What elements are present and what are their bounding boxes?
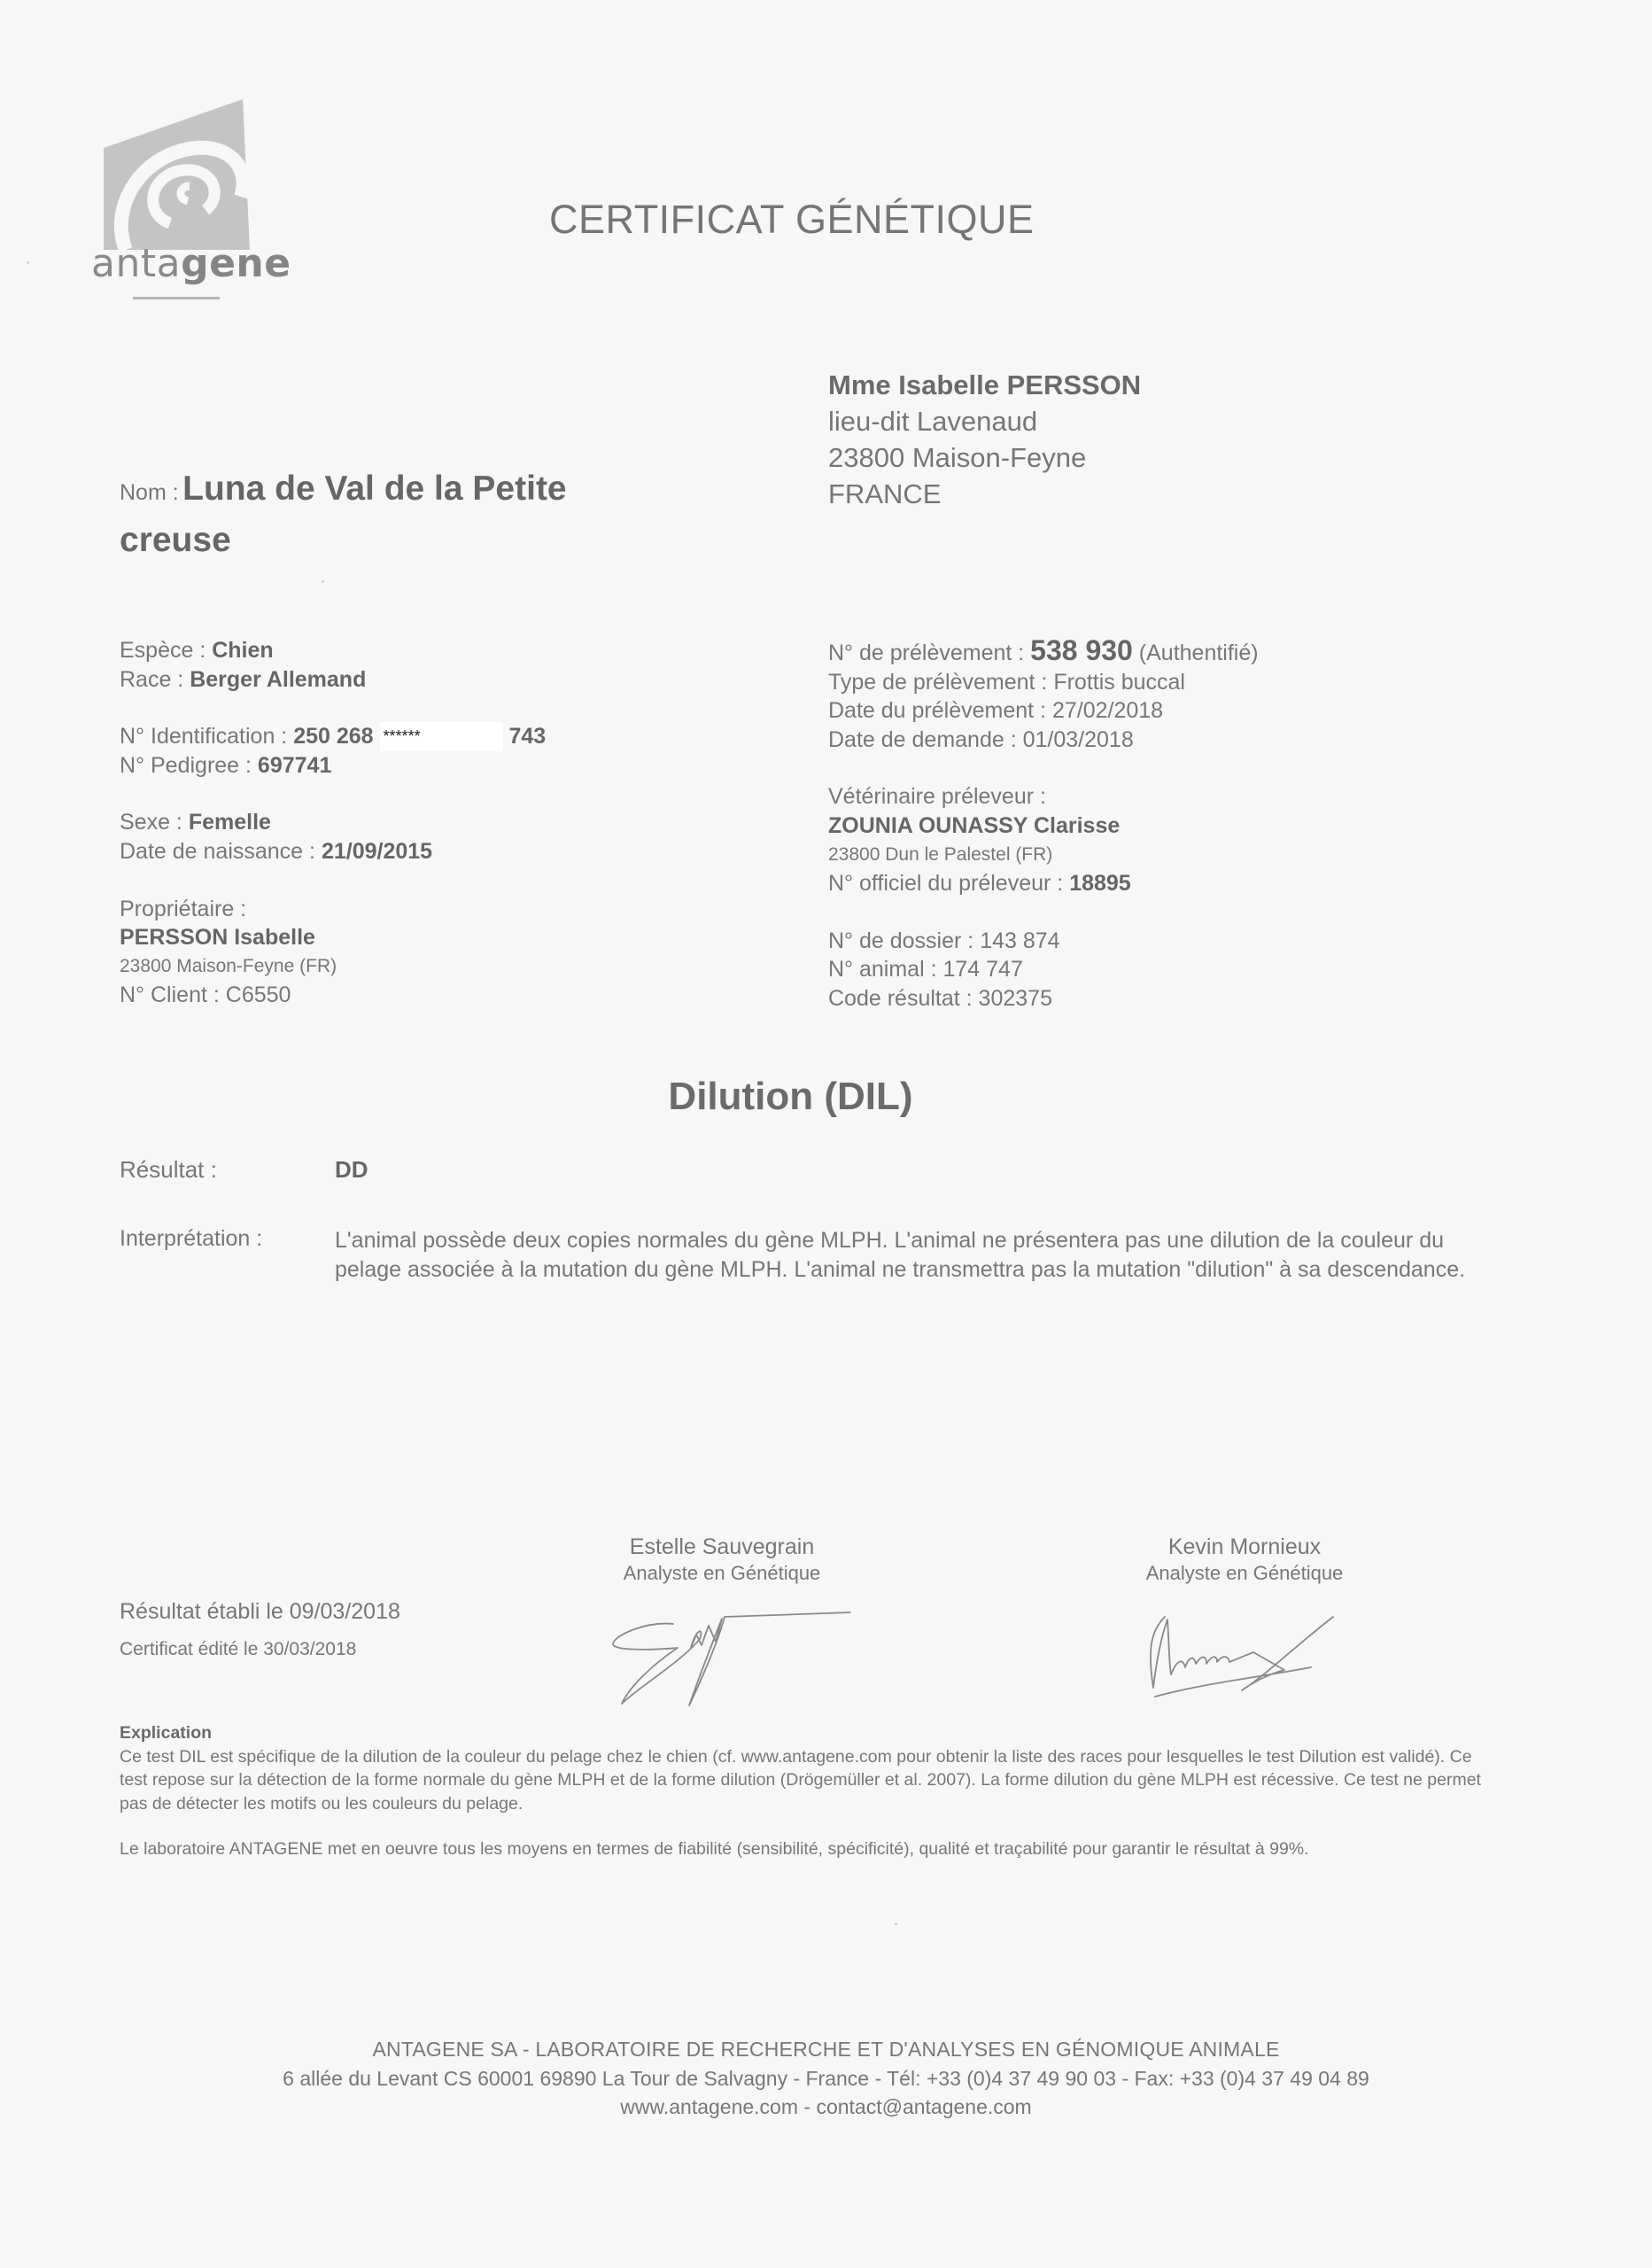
interpretation-label: Interprétation : — [120, 1226, 262, 1252]
sex-row: Sexe : Femelle — [120, 808, 740, 837]
sample-date-row: Date du prélèvement : 27/02/2018 — [828, 696, 1581, 726]
species-row: Espèce : Chien — [120, 636, 740, 665]
identification-suffix: 743 — [509, 724, 547, 749]
breed-value: Berger Allemand — [190, 667, 366, 692]
client-row: N° Client : C6550 — [120, 981, 740, 1010]
signature-block-1: Estelle Sauvegrain Analyste en Génétique — [545, 1533, 899, 1586]
birthdate-value: 21/09/2015 — [322, 839, 432, 864]
signature-2-icon — [1143, 1612, 1355, 1701]
identification-mask: ****** — [380, 722, 503, 751]
pedigree-value: 697741 — [258, 753, 331, 778]
signatory-name: Estelle Sauvegrain — [545, 1533, 899, 1561]
animal-number: 174 747 — [943, 957, 1023, 982]
scan-speck — [322, 580, 324, 583]
identification-prefix: 250 268 — [293, 724, 373, 749]
owner-city: 23800 Maison-Feyne (FR) — [120, 952, 740, 982]
request-date-row: Date de demande : 01/03/2018 — [828, 726, 1581, 755]
logo-wordmark: antagene — [91, 241, 291, 286]
recipient-address: Mme Isabelle PERSSON lieu-dit Lavenaud 2… — [828, 367, 1141, 512]
footer-contact: www.antagene.com - contact@antagene.com — [0, 2093, 1652, 2122]
result-code: 302375 — [979, 986, 1052, 1011]
signatory-role: Analyste en Génétique — [1067, 1561, 1422, 1586]
identification-row: N° Identification : 250 268 ****** 743 — [120, 722, 740, 751]
footer-address: 6 allée du Levant CS 60001 69890 La Tour… — [0, 2064, 1652, 2093]
pedigree-row: N° Pedigree : 697741 — [120, 751, 740, 781]
logo-underline — [133, 297, 220, 299]
animal-name-label: Nom : — [120, 480, 179, 505]
result-code-row: Code résultat : 302375 — [828, 984, 1581, 1014]
sample-number: 538 930 — [1030, 634, 1133, 666]
recipient-line2: 23800 Maison-Feyne — [828, 439, 1141, 476]
sample-date: 27/02/2018 — [1052, 698, 1163, 723]
certificate-edited-date: Certificat édité le 30/03/2018 — [120, 1639, 356, 1660]
footer-company: ANTAGENE SA - LABORATOIRE DE RECHERCHE E… — [0, 2035, 1652, 2064]
recipient-line1: lieu-dit Lavenaud — [828, 403, 1141, 439]
explanation-text: Ce test DIL est spécifique de la dilutio… — [120, 1745, 1484, 1816]
animal-info: Espèce : Chien Race : Berger Allemand N°… — [120, 636, 740, 1010]
explanation: Explication Ce test DIL est spécifique d… — [120, 1721, 1484, 1815]
footer: ANTAGENE SA - LABORATOIRE DE RECHERCHE E… — [0, 2035, 1652, 2122]
vet-name: ZOUNIA OUNASSY Clarisse — [828, 812, 1581, 841]
explanation-heading: Explication — [120, 1721, 1484, 1745]
interpretation-text: L'animal possède deux copies normales du… — [335, 1226, 1504, 1284]
dossier-value: 143 874 — [980, 928, 1059, 953]
owner-name: PERSSON Isabelle — [120, 923, 740, 952]
owner-label: Propriétaire : — [120, 895, 740, 924]
signatory-name: Kevin Mornieux — [1067, 1533, 1422, 1561]
request-date: 01/03/2018 — [1023, 727, 1134, 752]
birthdate-row: Date de naissance : 21/09/2015 — [120, 837, 740, 866]
result-established-date: Résultat établi le 09/03/2018 — [120, 1599, 400, 1625]
scan-speck — [895, 1922, 897, 1925]
vet-label: Vétérinaire préleveur : — [828, 782, 1581, 812]
result-value: DD — [335, 1156, 368, 1184]
species-value: Chien — [212, 638, 273, 663]
animal-name-block: Nom : Luna de Val de la Petite creuse — [120, 467, 651, 570]
recipient-country: FRANCE — [828, 476, 1141, 512]
animal-number-row: N° animal : 174 747 — [828, 955, 1581, 984]
sample-info: N° de prélèvement : 538 930 (Authentifié… — [828, 636, 1581, 1014]
sample-authenticated: (Authentifié) — [1139, 641, 1259, 665]
vet-official: 18895 — [1069, 871, 1131, 896]
breed-row: Race : Berger Allemand — [120, 665, 740, 695]
document-title: CERTIFICAT GÉNÉTIQUE — [549, 197, 1035, 243]
sample-type: Frottis buccal — [1053, 670, 1185, 695]
test-title: Dilution (DIL) — [0, 1075, 1581, 1119]
scan-speck — [27, 261, 29, 264]
sample-number-row: N° de prélèvement : 538 930 (Authentifié… — [828, 636, 1581, 668]
signature-block-2: Kevin Mornieux Analyste en Génétique — [1067, 1533, 1422, 1586]
sex-value: Femelle — [189, 810, 271, 835]
vet-official-row: N° officiel du préleveur : 18895 — [828, 869, 1581, 898]
vet-city: 23800 Dun le Palestel (FR) — [828, 841, 1581, 870]
client-value: C6550 — [226, 983, 291, 1007]
signatory-role: Analyste en Génétique — [545, 1561, 899, 1586]
lab-reliability-note: Le laboratoire ANTAGENE met en oeuvre to… — [120, 1839, 1537, 1860]
recipient-name: Mme Isabelle PERSSON — [828, 367, 1141, 403]
signature-1-icon — [611, 1599, 859, 1710]
animal-name: Luna de Val de la Petite creuse — [120, 470, 567, 559]
result-label: Résultat : — [120, 1156, 217, 1184]
sample-type-row: Type de prélèvement : Frottis buccal — [828, 668, 1581, 697]
dossier-row: N° de dossier : 143 874 — [828, 927, 1581, 956]
